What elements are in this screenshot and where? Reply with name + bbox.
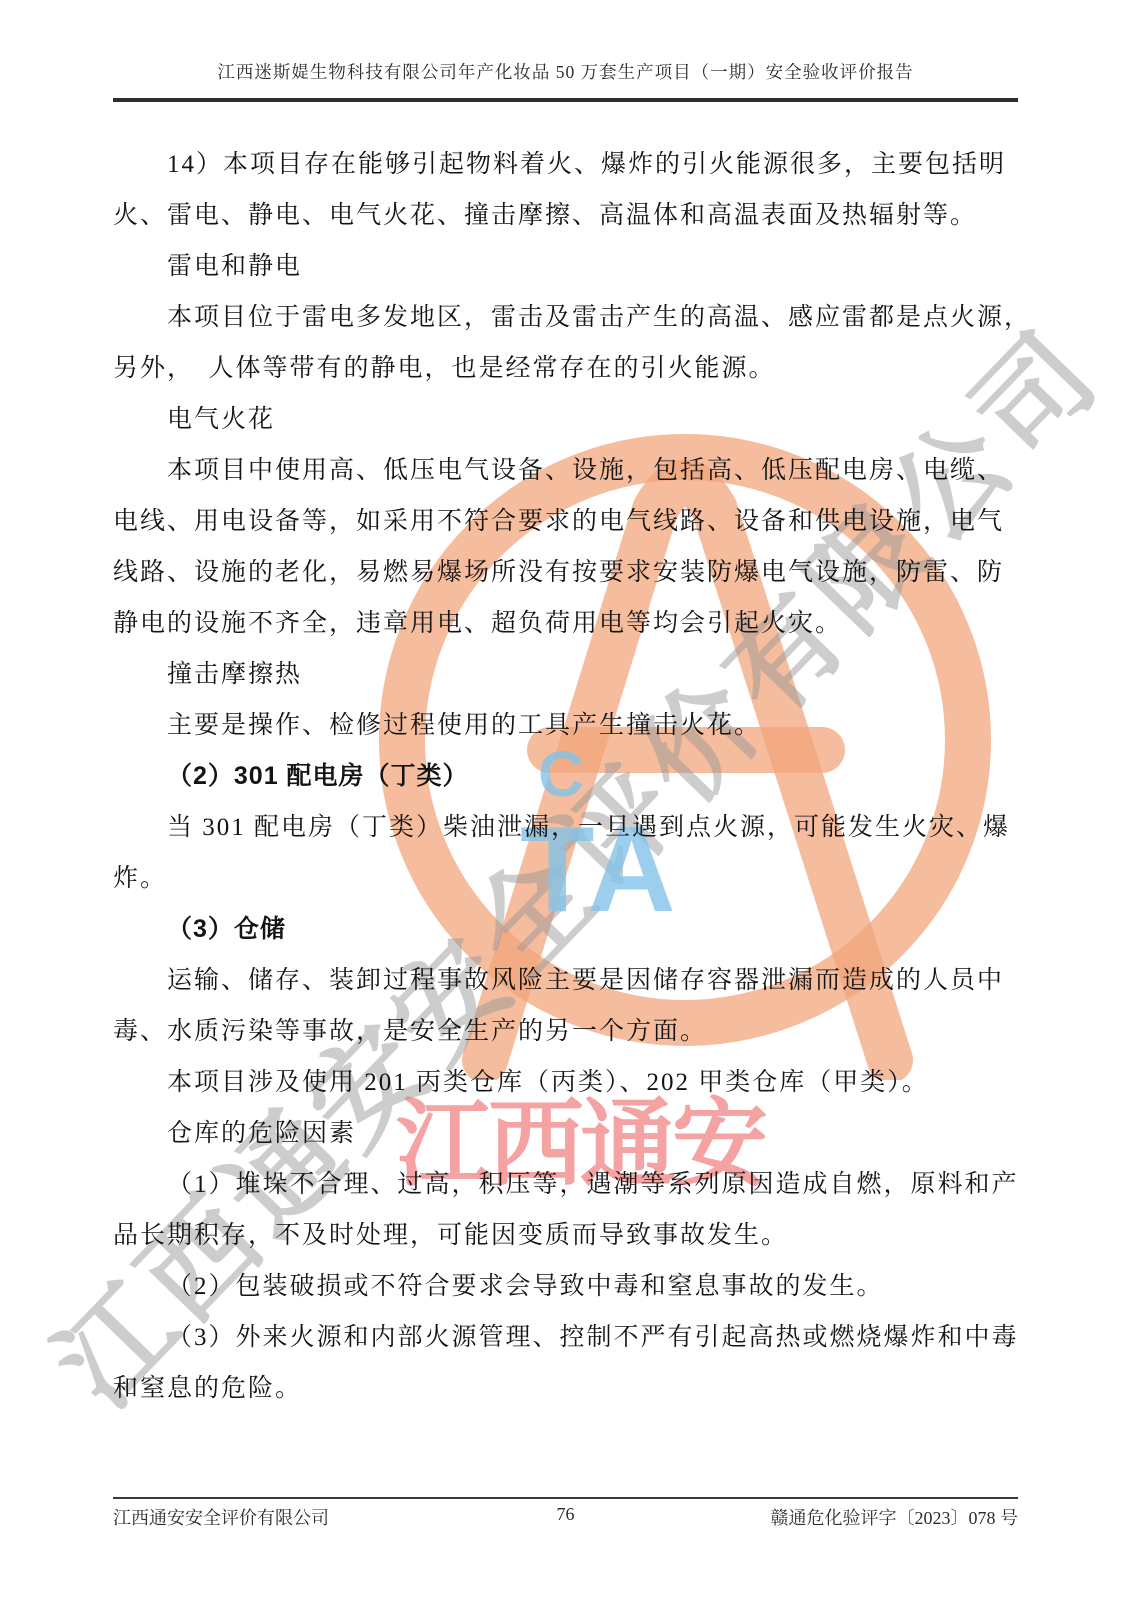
body-line: 主要是操作、检修过程使用的工具产生撞击火花。 — [113, 700, 1031, 751]
body-line: （1）堆垛不合理、过高，积压等，遇潮等系列原因造成自燃，原料和产 — [113, 1159, 1031, 1210]
report-page: { "header": { "title": "江西迷斯媞生物科技有限公司年产化… — [0, 0, 1131, 1600]
body-line: （3）外来火源和内部火源管理、控制不严有引起高热或燃烧爆炸和中毒 — [113, 1312, 1031, 1363]
body-line: 另外， 人体等带有的静电，也是经常存在的引火能源。 — [113, 343, 1031, 394]
body-line: 运输、储存、装卸过程事故风险主要是因储存容器泄漏而造成的人员中 — [113, 955, 1031, 1006]
body-line: 仓库的危险因素 — [113, 1108, 1031, 1159]
body-line: 火、雷电、静电、电气火花、撞击摩擦、高温体和高温表面及热辐射等。 — [113, 190, 1031, 241]
body-line: 本项目位于雷电多发地区，雷击及雷击产生的高温、感应雷都是点火源， — [113, 292, 1031, 343]
body-line: 电线、用电设备等，如采用不符合要求的电气线路、设备和供电设施，电气 — [113, 496, 1031, 547]
body-line: 炸。 — [113, 853, 1031, 904]
page-header-title: 江西迷斯媞生物科技有限公司年产化妆品 50 万套生产项目（一期）安全验收评价报告 — [113, 60, 1018, 84]
body-line: 本项目中使用高、低压电气设备、设施，包括高、低压配电房、电缆、 — [113, 445, 1031, 496]
body-line: （2）包装破损或不符合要求会导致中毒和窒息事故的发生。 — [113, 1261, 1031, 1312]
body-line: （2）301 配电房（丁类） — [113, 751, 1031, 802]
body-line: 本项目涉及使用 201 丙类仓库（丙类）、202 甲类仓库（甲类）。 — [113, 1057, 1031, 1108]
body-text-block: 14）本项目存在能够引起物料着火、爆炸的引火能源很多，主要包括明火、雷电、静电、… — [113, 139, 1031, 1414]
body-line: 电气火花 — [113, 394, 1031, 445]
body-line: 14）本项目存在能够引起物料着火、爆炸的引火能源很多，主要包括明 — [113, 139, 1031, 190]
body-line: 当 301 配电房（丁类）柴油泄漏，一旦遇到点火源，可能发生火灾、爆 — [113, 802, 1031, 853]
body-line: 毒、水质污染等事故，是安全生产的另一个方面。 — [113, 1006, 1031, 1057]
body-line: 静电的设施不齐全，违章用电、超负荷用电等均会引起火灾。 — [113, 598, 1031, 649]
document-content: 江西迷斯媞生物科技有限公司年产化妆品 50 万套生产项目（一期）安全验收评价报告… — [0, 0, 1131, 1600]
body-line: 雷电和静电 — [113, 241, 1031, 292]
body-line: 线路、设施的老化，易燃易爆场所没有按要求安装防爆电气设施，防雷、防 — [113, 547, 1031, 598]
footer-report-number: 赣通危化验评字〔2023〕078 号 — [771, 1504, 1019, 1530]
body-line: 撞击摩擦热 — [113, 649, 1031, 700]
header-rule — [113, 98, 1018, 102]
footer-rule — [113, 1497, 1018, 1499]
body-line: 品长期积存，不及时处理，可能因变质而导致事故发生。 — [113, 1210, 1031, 1261]
body-line: （3）仓储 — [113, 904, 1031, 955]
body-line: 和窒息的危险。 — [113, 1363, 1031, 1414]
